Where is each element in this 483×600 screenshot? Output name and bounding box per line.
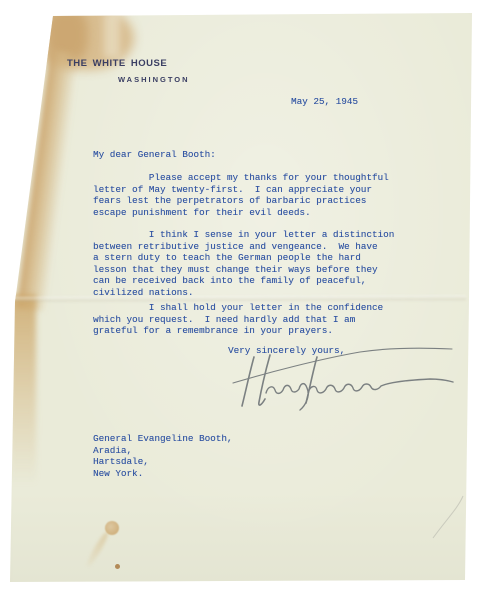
pencil-scratch-mark xyxy=(428,492,468,542)
stain-top-left-dark xyxy=(46,8,88,62)
body-paragraph-1: Please accept my thanks for your thought… xyxy=(93,172,389,218)
letter-sheet: THE WHITE HOUSE WASHINGTON May 25, 1945 … xyxy=(0,0,483,600)
stain-small-dot xyxy=(115,564,120,569)
stain-left-edge-lower xyxy=(10,295,36,485)
signature-harry-truman xyxy=(225,338,460,418)
salutation: My dear General Booth: xyxy=(93,149,216,161)
body-paragraph-2: I think I sense in your letter a distinc… xyxy=(93,229,394,298)
stain-drip-spot xyxy=(105,521,119,535)
body-paragraph-3: I shall hold your letter in the confiden… xyxy=(93,302,383,337)
date-line: May 25, 1945 xyxy=(291,96,358,108)
recipient-address: General Evangeline Booth, Aradia, Hartsd… xyxy=(93,433,232,479)
letter-photo: THE WHITE HOUSE WASHINGTON May 25, 1945 … xyxy=(0,0,483,600)
photo-of-letter: { "document": { "letterhead": { "line1":… xyxy=(0,0,483,600)
stain-left-edge-upper xyxy=(16,50,80,312)
letterhead-title: THE WHITE HOUSE xyxy=(67,58,167,69)
letterhead-city: WASHINGTON xyxy=(118,75,190,84)
stain-drip-tail xyxy=(84,530,110,568)
stain-light-streak xyxy=(104,12,120,58)
paper-edge-shading xyxy=(0,0,483,600)
